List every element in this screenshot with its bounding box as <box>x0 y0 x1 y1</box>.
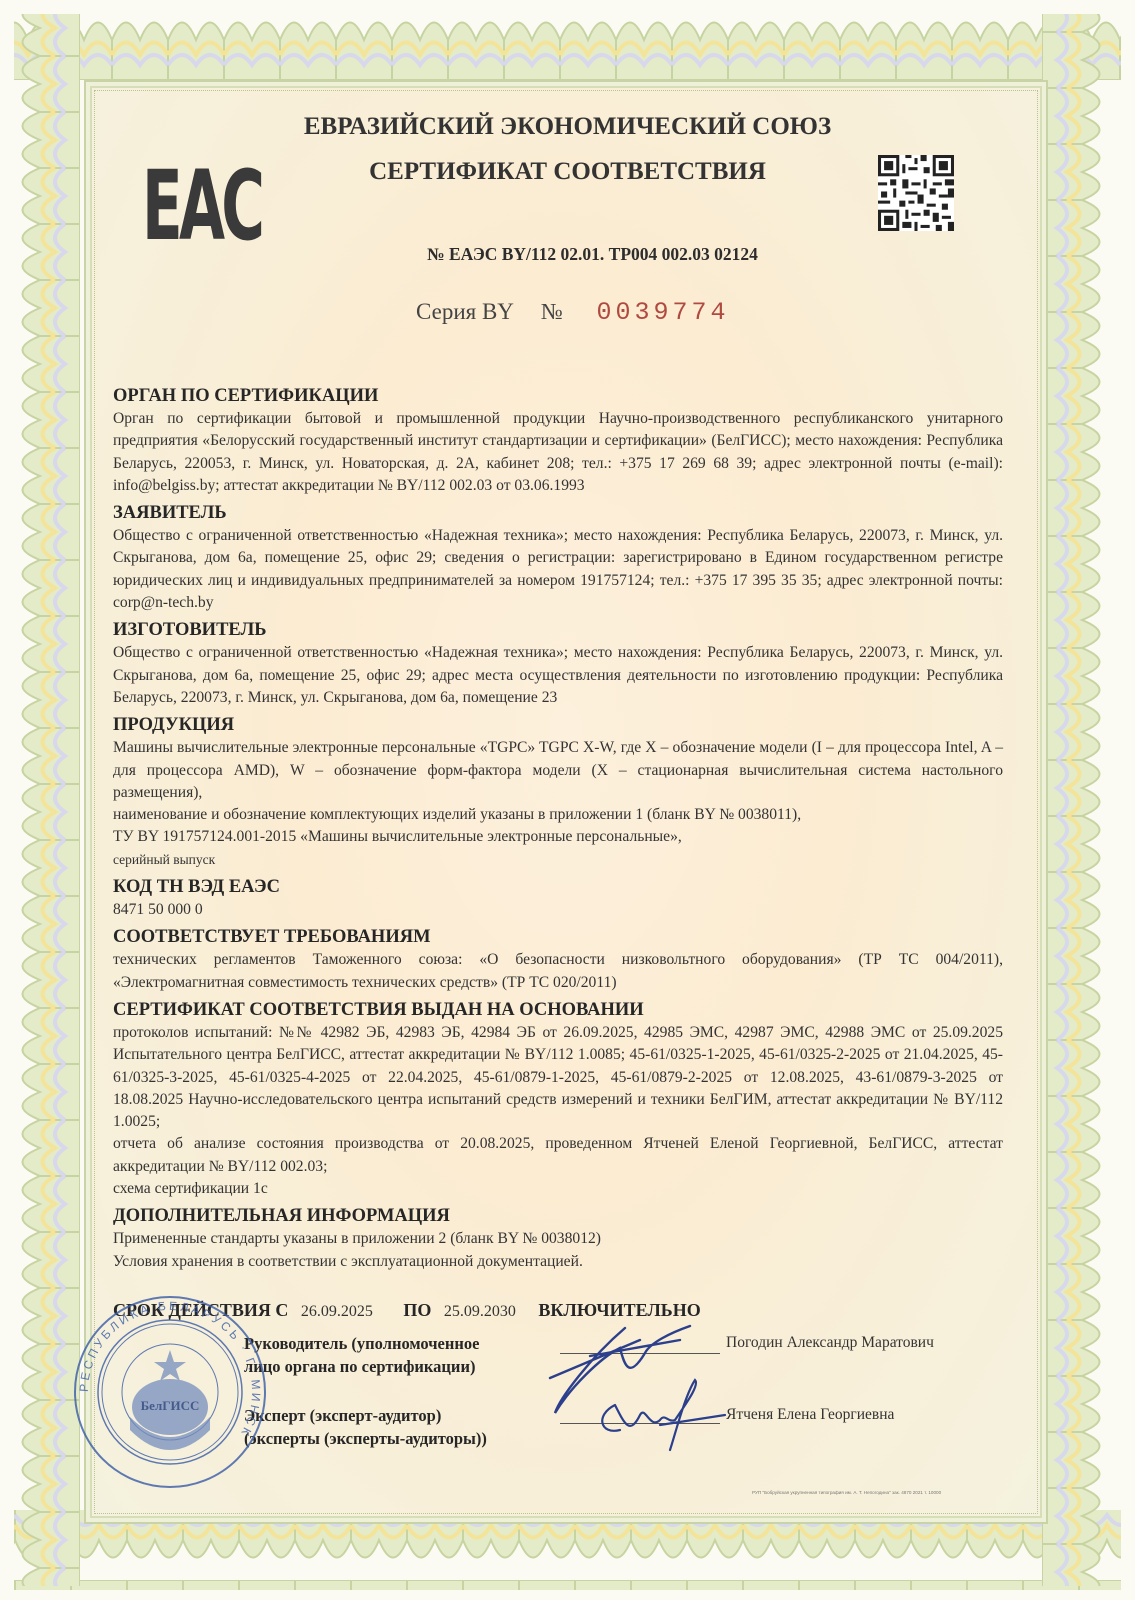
qr-code-icon <box>878 155 954 231</box>
section-heading: СООТВЕТСТВУЕТ ТРЕБОВАНИЯМ <box>113 925 1003 949</box>
section-text: Орган по сертификации бытовой и промышле… <box>113 408 1003 497</box>
section-text: схема сертификации 1с <box>113 1178 1003 1200</box>
section-product: ПРОДУКЦИЯ Машины вычислительные электрон… <box>113 713 1003 871</box>
section-heading: ДОПОЛНИТЕЛЬНАЯ ИНФОРМАЦИЯ <box>113 1204 1003 1228</box>
section-text: Условия хранения в соответствии с эксплу… <box>113 1251 1003 1273</box>
official-stamp-icon: РЕСПУБЛИКА БЕЛАРУСЬ · Г. МИНСК БелГИСС <box>70 1292 270 1492</box>
section-text: технических регламентов Таможенного союз… <box>113 949 1003 994</box>
section-heading: СЕРТИФИКАТ СООТВЕТСТВИЯ ВЫДАН НА ОСНОВАН… <box>113 998 1003 1022</box>
section-text: протоколов испытаний: №№ 42982 ЭБ, 42983… <box>113 1022 1003 1133</box>
printer-imprint: РУП "Бобруйская укрупненная типография и… <box>752 1490 941 1495</box>
validity-to-date: 25.09.2030 <box>444 1303 516 1320</box>
validity-inclusive: ВКЛЮЧИТЕЛЬНО <box>538 1300 700 1320</box>
section-heading: ОРГАН ПО СЕРТИФИКАЦИИ <box>113 384 1003 408</box>
section-basis: СЕРТИФИКАТ СООТВЕТСТВИЯ ВЫДАН НА ОСНОВАН… <box>113 998 1003 1200</box>
section-text: Общество с ограниченной ответственностью… <box>113 642 1003 709</box>
expert-name: Ятченя Елена Георгиевна <box>726 1406 894 1424</box>
validity-to-label: ПО <box>403 1300 431 1320</box>
section-heading: КОД ТН ВЭД ЕАЭС <box>113 875 1003 899</box>
expert-signature-label: Эксперт (эксперт-аудитор) (эксперты (экс… <box>244 1404 487 1450</box>
section-applicant: ЗАЯВИТЕЛЬ Общество с ограниченной ответс… <box>113 501 1003 614</box>
section-certification-body: ОРГАН ПО СЕРТИФИКАЦИИ Орган по сертифика… <box>113 384 1003 497</box>
head-signature-label: Руководитель (уполномоченное лицо органа… <box>244 1332 479 1378</box>
section-additional-info: ДОПОЛНИТЕЛЬНАЯ ИНФОРМАЦИЯ Примененные ст… <box>113 1204 1003 1273</box>
head-label-line2: лицо органа по сертификации) <box>244 1355 479 1378</box>
certificate-body: ОРГАН ПО СЕРТИФИКАЦИИ Орган по сертифика… <box>113 384 1003 1277</box>
section-text: Машины вычислительные электронные персон… <box>113 737 1003 804</box>
section-manufacturer: ИЗГОТОВИТЕЛЬ Общество с ограниченной отв… <box>113 618 1003 709</box>
certificate-number: № ЕАЭС BY/112 02.01. ТР004 002.03 02124 <box>427 244 758 265</box>
series-row: Серия BY № 0039774 <box>416 298 730 327</box>
expert-label-line2: (эксперты (эксперты-аудиторы)) <box>244 1427 487 1450</box>
section-heading: ЗАЯВИТЕЛЬ <box>113 501 1003 525</box>
head-name: Погодин Александр Маратович <box>726 1334 934 1352</box>
head-label-line1: Руководитель (уполномоченное <box>244 1332 479 1355</box>
expert-label-line1: Эксперт (эксперт-аудитор) <box>244 1404 487 1427</box>
section-text: ТУ BY 191757124.001-2015 «Машины вычисли… <box>113 826 1003 848</box>
section-heading: ИЗГОТОВИТЕЛЬ <box>113 618 1003 642</box>
section-hs-code: КОД ТН ВЭД ЕАЭС 8471 50 000 0 <box>113 875 1003 921</box>
section-text: 8471 50 000 0 <box>113 899 1003 921</box>
union-title: ЕВРАЗИЙСКИЙ ЭКОНОМИЧЕСКИЙ СОЮЗ <box>0 113 1135 141</box>
section-compliance: СООТВЕТСТВУЕТ ТРЕБОВАНИЯМ технических ре… <box>113 925 1003 994</box>
section-text: отчета об анализе состояния производства… <box>113 1133 1003 1178</box>
series-label: Серия BY <box>416 299 513 324</box>
validity-from-date: 26.09.2025 <box>301 1303 373 1320</box>
number-sign: № <box>541 299 563 324</box>
section-text: Общество с ограниченной ответственностью… <box>113 525 1003 614</box>
certificate-title: СЕРТИФИКАТ СООТВЕТСТВИЯ <box>0 158 1135 186</box>
section-text: серийный выпуск <box>113 849 1003 871</box>
svg-text:БелГИСС: БелГИСС <box>141 1398 200 1413</box>
section-heading: ПРОДУКЦИЯ <box>113 713 1003 737</box>
section-text: Примененные стандарты указаны в приложен… <box>113 1228 1003 1250</box>
section-text: наименование и обозначение комплектующих… <box>113 804 1003 826</box>
serial-number: 0039774 <box>597 298 730 327</box>
expert-signature-icon <box>590 1375 730 1455</box>
